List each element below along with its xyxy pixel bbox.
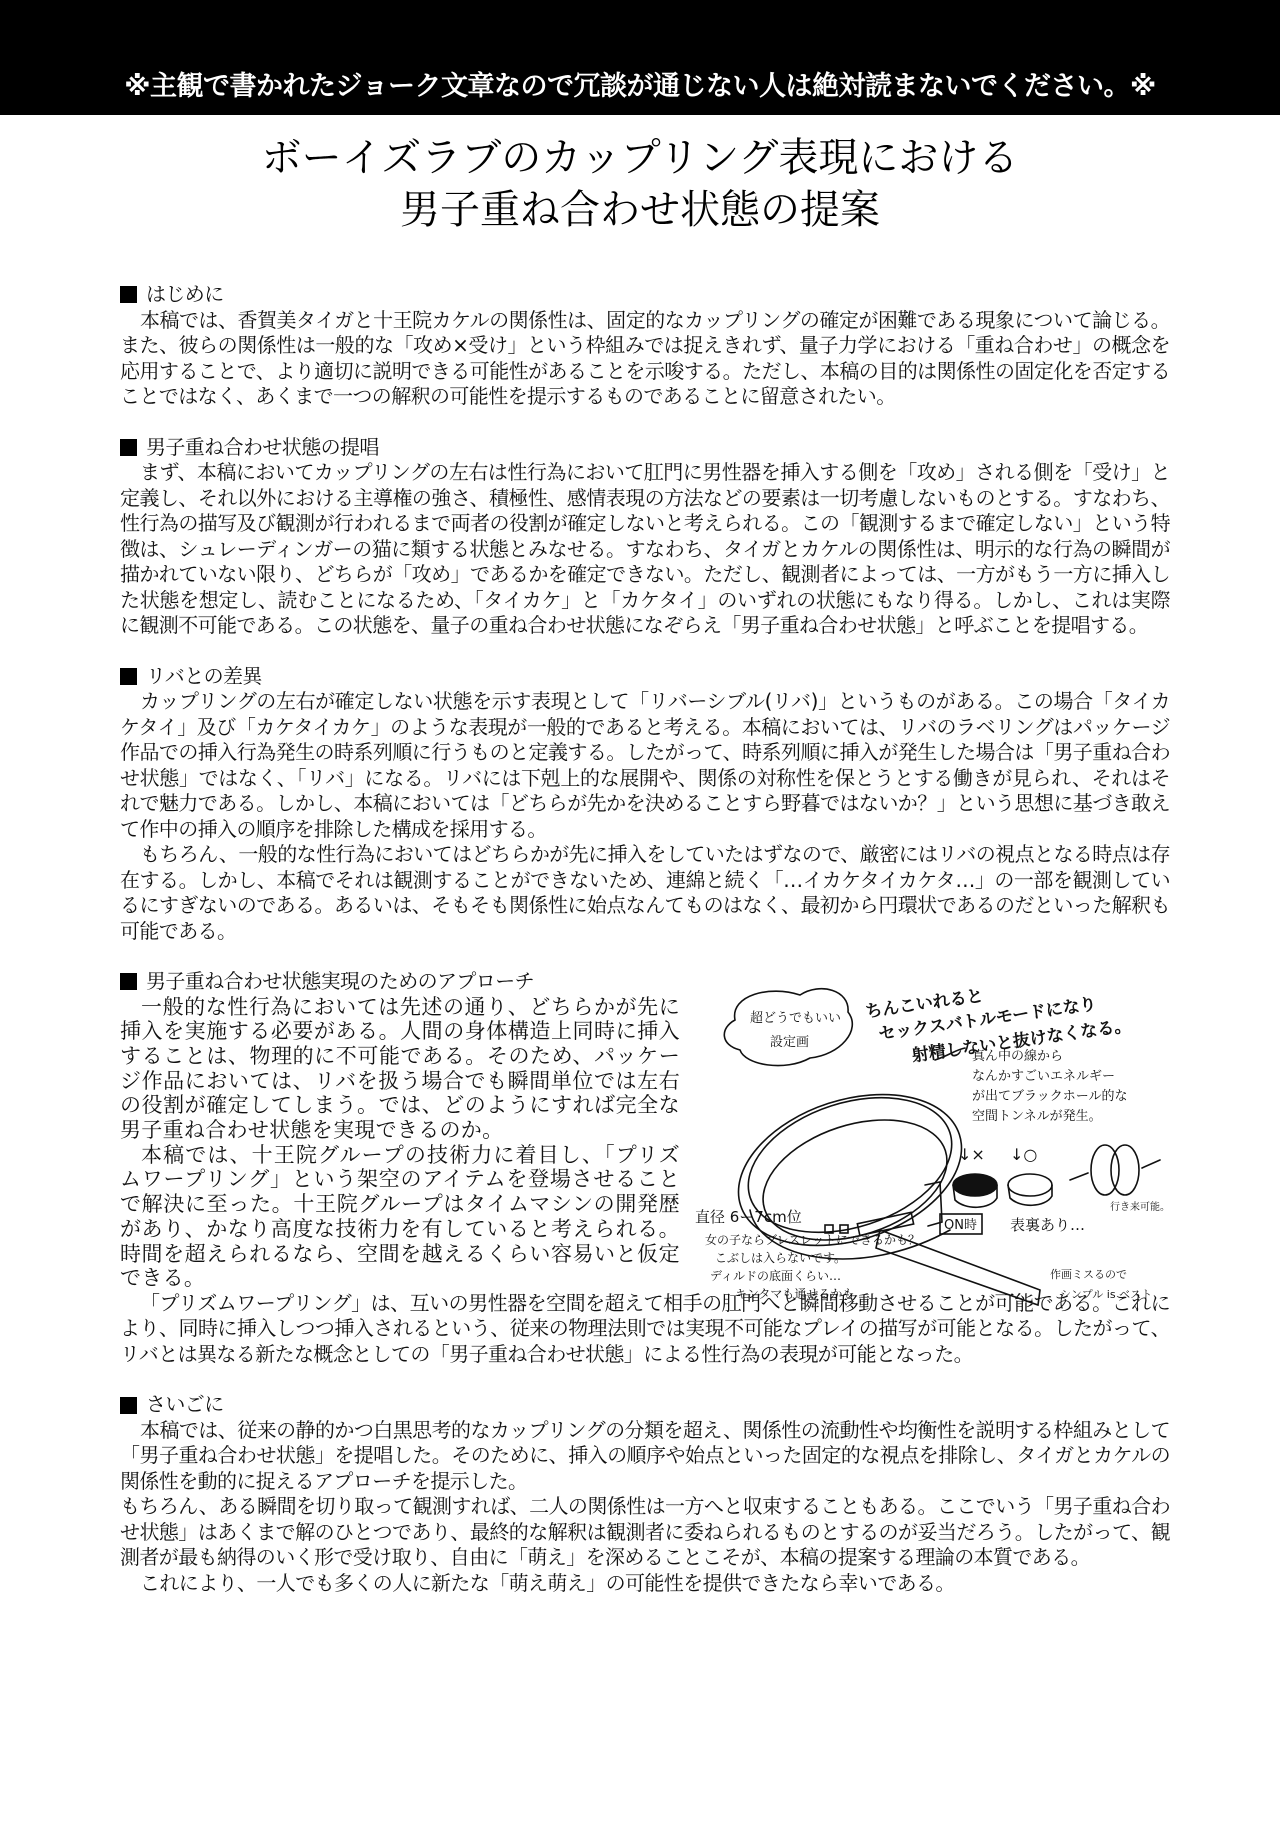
center-note-line-4: 空間トンネルが発生。 xyxy=(972,1108,1102,1124)
small-ring-off-icon xyxy=(1008,1174,1052,1196)
square-bullet-icon xyxy=(120,668,137,685)
size-note-line-5: キンタマも通せるかも xyxy=(735,1287,854,1301)
section-conclusion: さいごに 本稿では、従来の静的かつ白黒思考的なカップリングの分類を超え、関係性の… xyxy=(120,1392,1170,1596)
design-note-line-1: 作画ミスるので xyxy=(1050,1268,1127,1281)
title-line-1: ボーイズラブのカップリング表現における xyxy=(0,132,1280,184)
warning-text: ※主観で書かれたジョーク文章なので冗談が通じない人は絶対読まないでください。※ xyxy=(124,64,1155,103)
front-back-note: 表裏あり… xyxy=(1010,1216,1085,1234)
heading-text: 男子重ね合わせ状態実現のためのアプローチ xyxy=(146,969,534,995)
article-body: はじめに 本稿では、香賀美タイガと十王院カケルの関係性は、固定的なカップリングの… xyxy=(120,282,1170,1621)
paragraph: まず、本稿においてカップリングの左右は性行為において肛門に男性器を挿入する側を「… xyxy=(120,460,1170,639)
combine-note: 行き来可能。 xyxy=(1110,1200,1170,1213)
size-note-line-1: 直径 6ー7cm位 xyxy=(695,1208,802,1226)
section-introduction: はじめに 本稿では、香賀美タイガと十王院カケルの関係性は、固定的なカップリングの… xyxy=(120,282,1170,410)
paragraph: もちろん、一般的な性行為においてはどちらかが先に挿入をしていたはずなので、厳密に… xyxy=(120,842,1170,944)
center-note-line-3: が出てブラックホール的な xyxy=(972,1088,1127,1104)
section-heading: 男子重ね合わせ状態の提唱 xyxy=(120,435,1170,461)
small-ring-on-icon xyxy=(953,1174,997,1196)
section-heading: さいごに xyxy=(120,1392,1170,1418)
section-proposal: 男子重ね合わせ状態の提唱 まず、本稿においてカップリングの左右は性行為において肛… xyxy=(120,435,1170,639)
section-heading: リバとの差異 xyxy=(120,664,1170,690)
heading-text: さいごに xyxy=(146,1392,224,1418)
heading-text: 男子重ね合わせ状態の提唱 xyxy=(146,435,379,461)
section-heading: はじめに xyxy=(120,282,1170,308)
size-note-line-4: ディルドの底面くらい… xyxy=(710,1268,841,1283)
correct-orientation-mark: ↓○ xyxy=(1010,1145,1037,1164)
design-note-line-2: シンプル is ベスト xyxy=(1060,1288,1152,1301)
thought-bubble-icon xyxy=(724,989,852,1066)
approach-narrow-column: 一般的な性行為においては先述の通り、どちらかが先に挿入を実施する必要がある。人間… xyxy=(120,995,680,1291)
paragraph: カップリングの左右が確定しない状態を示す表現として「リバーシブル(リバ)」という… xyxy=(120,689,1170,842)
paragraph: 本稿では、香賀美タイガと十王院カケルの関係性は、固定的なカップリングの確定が困難… xyxy=(120,308,1170,410)
square-bullet-icon xyxy=(120,439,137,456)
center-note-line-1: 真ん中の線から xyxy=(972,1048,1063,1064)
bubble-line-2: 設定画 xyxy=(770,1035,809,1050)
section-riba-difference: リバとの差異 カップリングの左右が確定しない状態を示す表現として「リバーシブル(… xyxy=(120,664,1170,945)
square-bullet-icon xyxy=(120,286,137,303)
paragraph: 本稿では、従来の静的かつ白黒思考的なカップリングの分類を超え、関係性の流動性や均… xyxy=(120,1418,1170,1495)
square-bullet-icon xyxy=(120,1397,137,1414)
square-bullet-icon xyxy=(120,973,137,990)
heading-text: はじめに xyxy=(146,282,224,308)
on-state-label: ON時 xyxy=(944,1217,977,1233)
size-note-line-2: 女の子ならブレスレットにできるかも？ xyxy=(705,1233,920,1247)
wrong-orientation-mark: ↓× xyxy=(958,1145,985,1164)
ring-sketch-illustration: 超どうでもいい 設定画 ちんこいれると セックスバトルモードになり 射精しないと… xyxy=(690,960,1180,1330)
size-note-line-3: こぶしは入らないです。 xyxy=(715,1251,846,1265)
paragraph: これにより、一人でも多くの人に新たな「萌え萌え」の可能性を提供できたなら幸いであ… xyxy=(120,1571,1170,1597)
paragraph: 本稿では、十王院グループの技術力に着目し、「プリズムワープリング」という架空のア… xyxy=(120,1143,680,1291)
center-note-line-2: なんかすごいエネルギー xyxy=(972,1069,1115,1084)
paragraph: 一般的な性行為においては先述の通り、どちらかが先に挿入を実施する必要がある。人間… xyxy=(120,995,680,1143)
paragraph: もちろん、ある瞬間を切り取って観測すれば、二人の関係性は一方へと収束することもあ… xyxy=(120,1494,1170,1571)
bubble-line-1: 超どうでもいい xyxy=(750,1010,841,1026)
title-line-2: 男子重ね合わせ状態の提案 xyxy=(0,184,1280,236)
page-title: ボーイズラブのカップリング表現における 男子重ね合わせ状態の提案 xyxy=(0,132,1280,236)
heading-text: リバとの差異 xyxy=(146,664,262,690)
warning-banner: ※主観で書かれたジョーク文章なので冗談が通じない人は絶対読まないでください。※ xyxy=(0,0,1280,115)
